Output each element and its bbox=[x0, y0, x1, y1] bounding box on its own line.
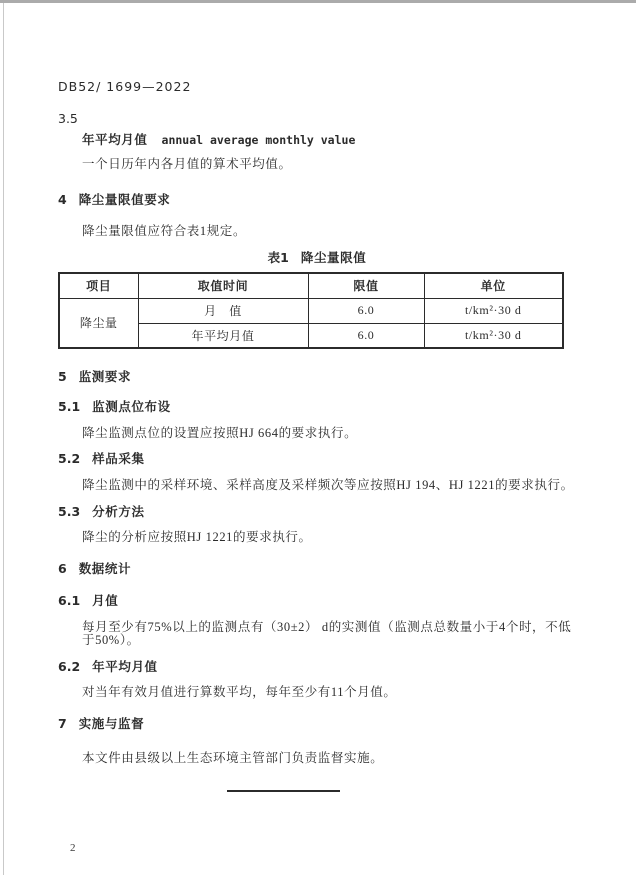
section-6-1-body: 每月至少有75%以上的监测点有（30±2） d的实测值（监测点总数量小于4个时，… bbox=[58, 621, 576, 647]
section-5-1-body: 降尘监测点位的设置应按照HJ 664的要求执行。 bbox=[58, 427, 576, 440]
section-6-1-number: 6.1 bbox=[58, 594, 80, 607]
section-5-3-heading: 5.3分析方法 bbox=[58, 505, 576, 518]
section-7-heading: 7实施与监督 bbox=[58, 717, 576, 730]
section-6-2-title: 年平均月值 bbox=[92, 659, 158, 674]
section-6-title: 数据统计 bbox=[79, 561, 131, 576]
term-english: annual average monthly value bbox=[162, 133, 356, 147]
section-5-3-number: 5.3 bbox=[58, 505, 80, 518]
section-6-2-heading: 6.2年平均月值 bbox=[58, 660, 576, 673]
section-5-1-number: 5.1 bbox=[58, 400, 80, 413]
section-7-body: 本文件由县级以上生态环境主管部门负责监督实施。 bbox=[58, 752, 576, 765]
table-1-caption-title: 降尘量限值 bbox=[301, 250, 367, 265]
document-page: DB52/ 1699—2022 3.5 年平均月值annual average … bbox=[0, 0, 636, 875]
section-5-3-title: 分析方法 bbox=[92, 504, 144, 519]
table-1-caption-label: 表1 bbox=[268, 250, 289, 265]
section-6-1-title: 月值 bbox=[92, 593, 118, 608]
standard-code-header: DB52/ 1699—2022 bbox=[58, 80, 576, 93]
column-header-item: 项目 bbox=[59, 273, 138, 298]
cell-unit: t/km²·30 d bbox=[424, 323, 563, 348]
cell-item-name: 降尘量 bbox=[59, 298, 138, 348]
cell-limit: 6.0 bbox=[308, 323, 424, 348]
term-chinese: 年平均月值 bbox=[82, 132, 148, 147]
page-number: 2 bbox=[70, 842, 576, 854]
column-header-limit: 限值 bbox=[308, 273, 424, 298]
dustfall-limit-table: 项目 取值时间 限值 单位 降尘量 月 值 6.0 t/km²·30 d 年平均… bbox=[58, 272, 564, 349]
section-6-1-heading: 6.1月值 bbox=[58, 594, 576, 607]
section-7-number: 7 bbox=[58, 717, 67, 730]
section-4-title: 降尘量限值要求 bbox=[79, 192, 171, 207]
section-5-title: 监测要求 bbox=[79, 369, 131, 384]
section-5-number: 5 bbox=[58, 370, 67, 383]
column-header-unit: 单位 bbox=[424, 273, 563, 298]
term-line: 年平均月值annual average monthly value bbox=[58, 133, 576, 147]
cell-limit: 6.0 bbox=[308, 298, 424, 323]
section-5-1-title: 监测点位布设 bbox=[92, 399, 171, 414]
section-4-number: 4 bbox=[58, 193, 67, 206]
column-header-time: 取值时间 bbox=[138, 273, 308, 298]
section-5-2-heading: 5.2样品采集 bbox=[58, 452, 576, 465]
table-1-caption: 表1降尘量限值 bbox=[58, 251, 576, 264]
cell-time: 年平均月值 bbox=[138, 323, 308, 348]
section-5-3-body: 降尘的分析应按照HJ 1221的要求执行。 bbox=[58, 531, 576, 544]
section-5-2-number: 5.2 bbox=[58, 452, 80, 465]
section-5-2-body: 降尘监测中的采样环境、采样高度及采样频次等应按照HJ 194、HJ 1221的要… bbox=[58, 479, 576, 492]
section-7-title: 实施与监督 bbox=[79, 716, 145, 731]
term-definition: 一个日历年内各月值的算术平均值。 bbox=[58, 158, 576, 171]
section-6-2-number: 6.2 bbox=[58, 660, 80, 673]
section-6-2-body: 对当年有效月值进行算数平均，每年至少有11个月值。 bbox=[58, 686, 576, 699]
table-header-row: 项目 取值时间 限值 单位 bbox=[59, 273, 563, 298]
section-4-heading: 4降尘量限值要求 bbox=[58, 193, 576, 206]
table-row: 降尘量 月 值 6.0 t/km²·30 d bbox=[59, 298, 563, 323]
end-of-text-rule bbox=[227, 790, 340, 792]
cell-unit: t/km²·30 d bbox=[424, 298, 563, 323]
section-5-2-title: 样品采集 bbox=[92, 451, 144, 466]
section-5-heading: 5监测要求 bbox=[58, 370, 576, 383]
section-6-number: 6 bbox=[58, 562, 67, 575]
clause-3-5-number: 3.5 bbox=[58, 112, 576, 125]
section-6-heading: 6数据统计 bbox=[58, 562, 576, 575]
section-5-1-heading: 5.1监测点位布设 bbox=[58, 400, 576, 413]
cell-time: 月 值 bbox=[138, 298, 308, 323]
section-4-body: 降尘量限值应符合表1规定。 bbox=[58, 225, 576, 238]
